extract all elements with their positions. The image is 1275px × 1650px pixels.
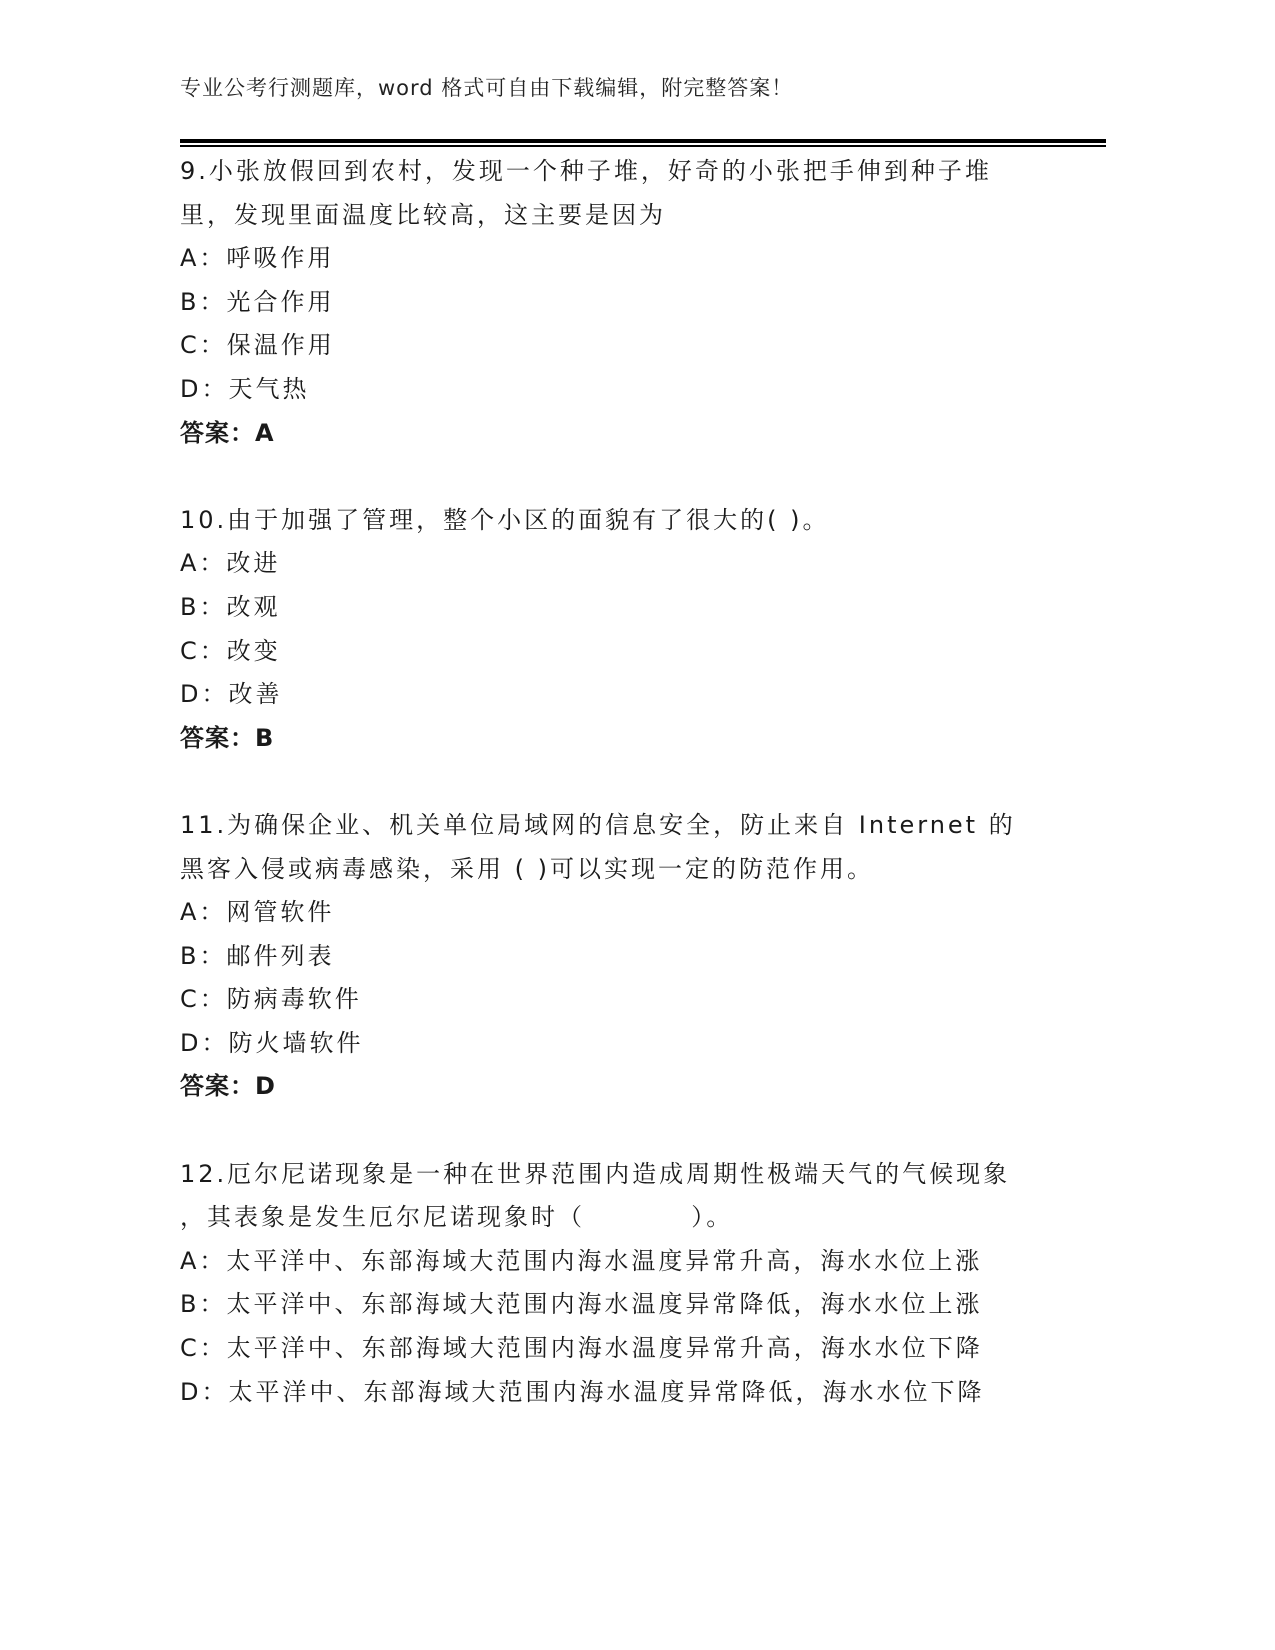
option-a: A：呼吸作用 — [180, 237, 1040, 281]
spacer — [180, 455, 1040, 499]
question-9: 9.小张放假回到农村，发现一个种子堆，好奇的小张把手伸到种子堆 里，发现里面温度… — [180, 150, 1040, 455]
option-b: B：邮件列表 — [180, 935, 1040, 979]
answer-line: 答案：A — [180, 412, 1040, 456]
option-a: A：网管软件 — [180, 891, 1040, 935]
answer-line: 答案：D — [180, 1065, 1040, 1109]
spacer — [180, 760, 1040, 804]
option-d: D：改善 — [180, 673, 1040, 717]
question-text-line: 9.小张放假回到农村，发现一个种子堆，好奇的小张把手伸到种子堆 — [180, 150, 1040, 194]
spacer — [180, 1109, 1040, 1153]
option-c: C：防病毒软件 — [180, 978, 1040, 1022]
question-text-line: 里，发现里面温度比较高，这主要是因为 — [180, 194, 1040, 238]
option-d: D：天气热 — [180, 368, 1040, 412]
question-text-line: 10.由于加强了管理，整个小区的面貌有了很大的( )。 — [180, 499, 1040, 543]
option-a: A：改进 — [180, 542, 1040, 586]
answer-line: 答案：B — [180, 717, 1040, 761]
option-c: C：改变 — [180, 630, 1040, 674]
question-10: 10.由于加强了管理，整个小区的面貌有了很大的( )。 A：改进 B：改观 C：… — [180, 499, 1040, 761]
page-header-banner: 专业公考行测题库，word 格式可自由下载编辑，附完整答案！ — [180, 72, 793, 102]
header-double-rule — [180, 139, 1106, 147]
question-text-line: 12.厄尔尼诺现象是一种在世界范围内造成周期性极端天气的气候现象 — [180, 1153, 1040, 1197]
option-a: A：太平洋中、东部海域大范围内海水温度异常升高，海水水位上涨 — [180, 1240, 1040, 1284]
option-d: D：太平洋中、东部海域大范围内海水温度异常降低，海水水位下降 — [180, 1371, 1040, 1415]
question-text-line: 黑客入侵或病毒感染，采用 ( )可以实现一定的防范作用。 — [180, 848, 1040, 892]
option-d: D：防火墙软件 — [180, 1022, 1040, 1066]
question-list: 9.小张放假回到农村，发现一个种子堆，好奇的小张把手伸到种子堆 里，发现里面温度… — [180, 150, 1040, 1414]
rule-thick-line — [180, 139, 1106, 143]
question-11: 11.为确保企业、机关单位局域网的信息安全，防止来自 Internet 的 黑客… — [180, 804, 1040, 1109]
rule-thin-line — [180, 145, 1106, 147]
option-b: B：太平洋中、东部海域大范围内海水温度异常降低，海水水位上涨 — [180, 1283, 1040, 1327]
option-b: B：改观 — [180, 586, 1040, 630]
question-text-line: 11.为确保企业、机关单位局域网的信息安全，防止来自 Internet 的 — [180, 804, 1040, 848]
option-c: C：保温作用 — [180, 324, 1040, 368]
question-text-line: ，其表象是发生厄尔尼诺现象时（ ）。 — [180, 1196, 1040, 1240]
option-c: C：太平洋中、东部海域大范围内海水温度异常升高，海水水位下降 — [180, 1327, 1040, 1371]
question-12: 12.厄尔尼诺现象是一种在世界范围内造成周期性极端天气的气候现象 ，其表象是发生… — [180, 1153, 1040, 1415]
option-b: B：光合作用 — [180, 281, 1040, 325]
